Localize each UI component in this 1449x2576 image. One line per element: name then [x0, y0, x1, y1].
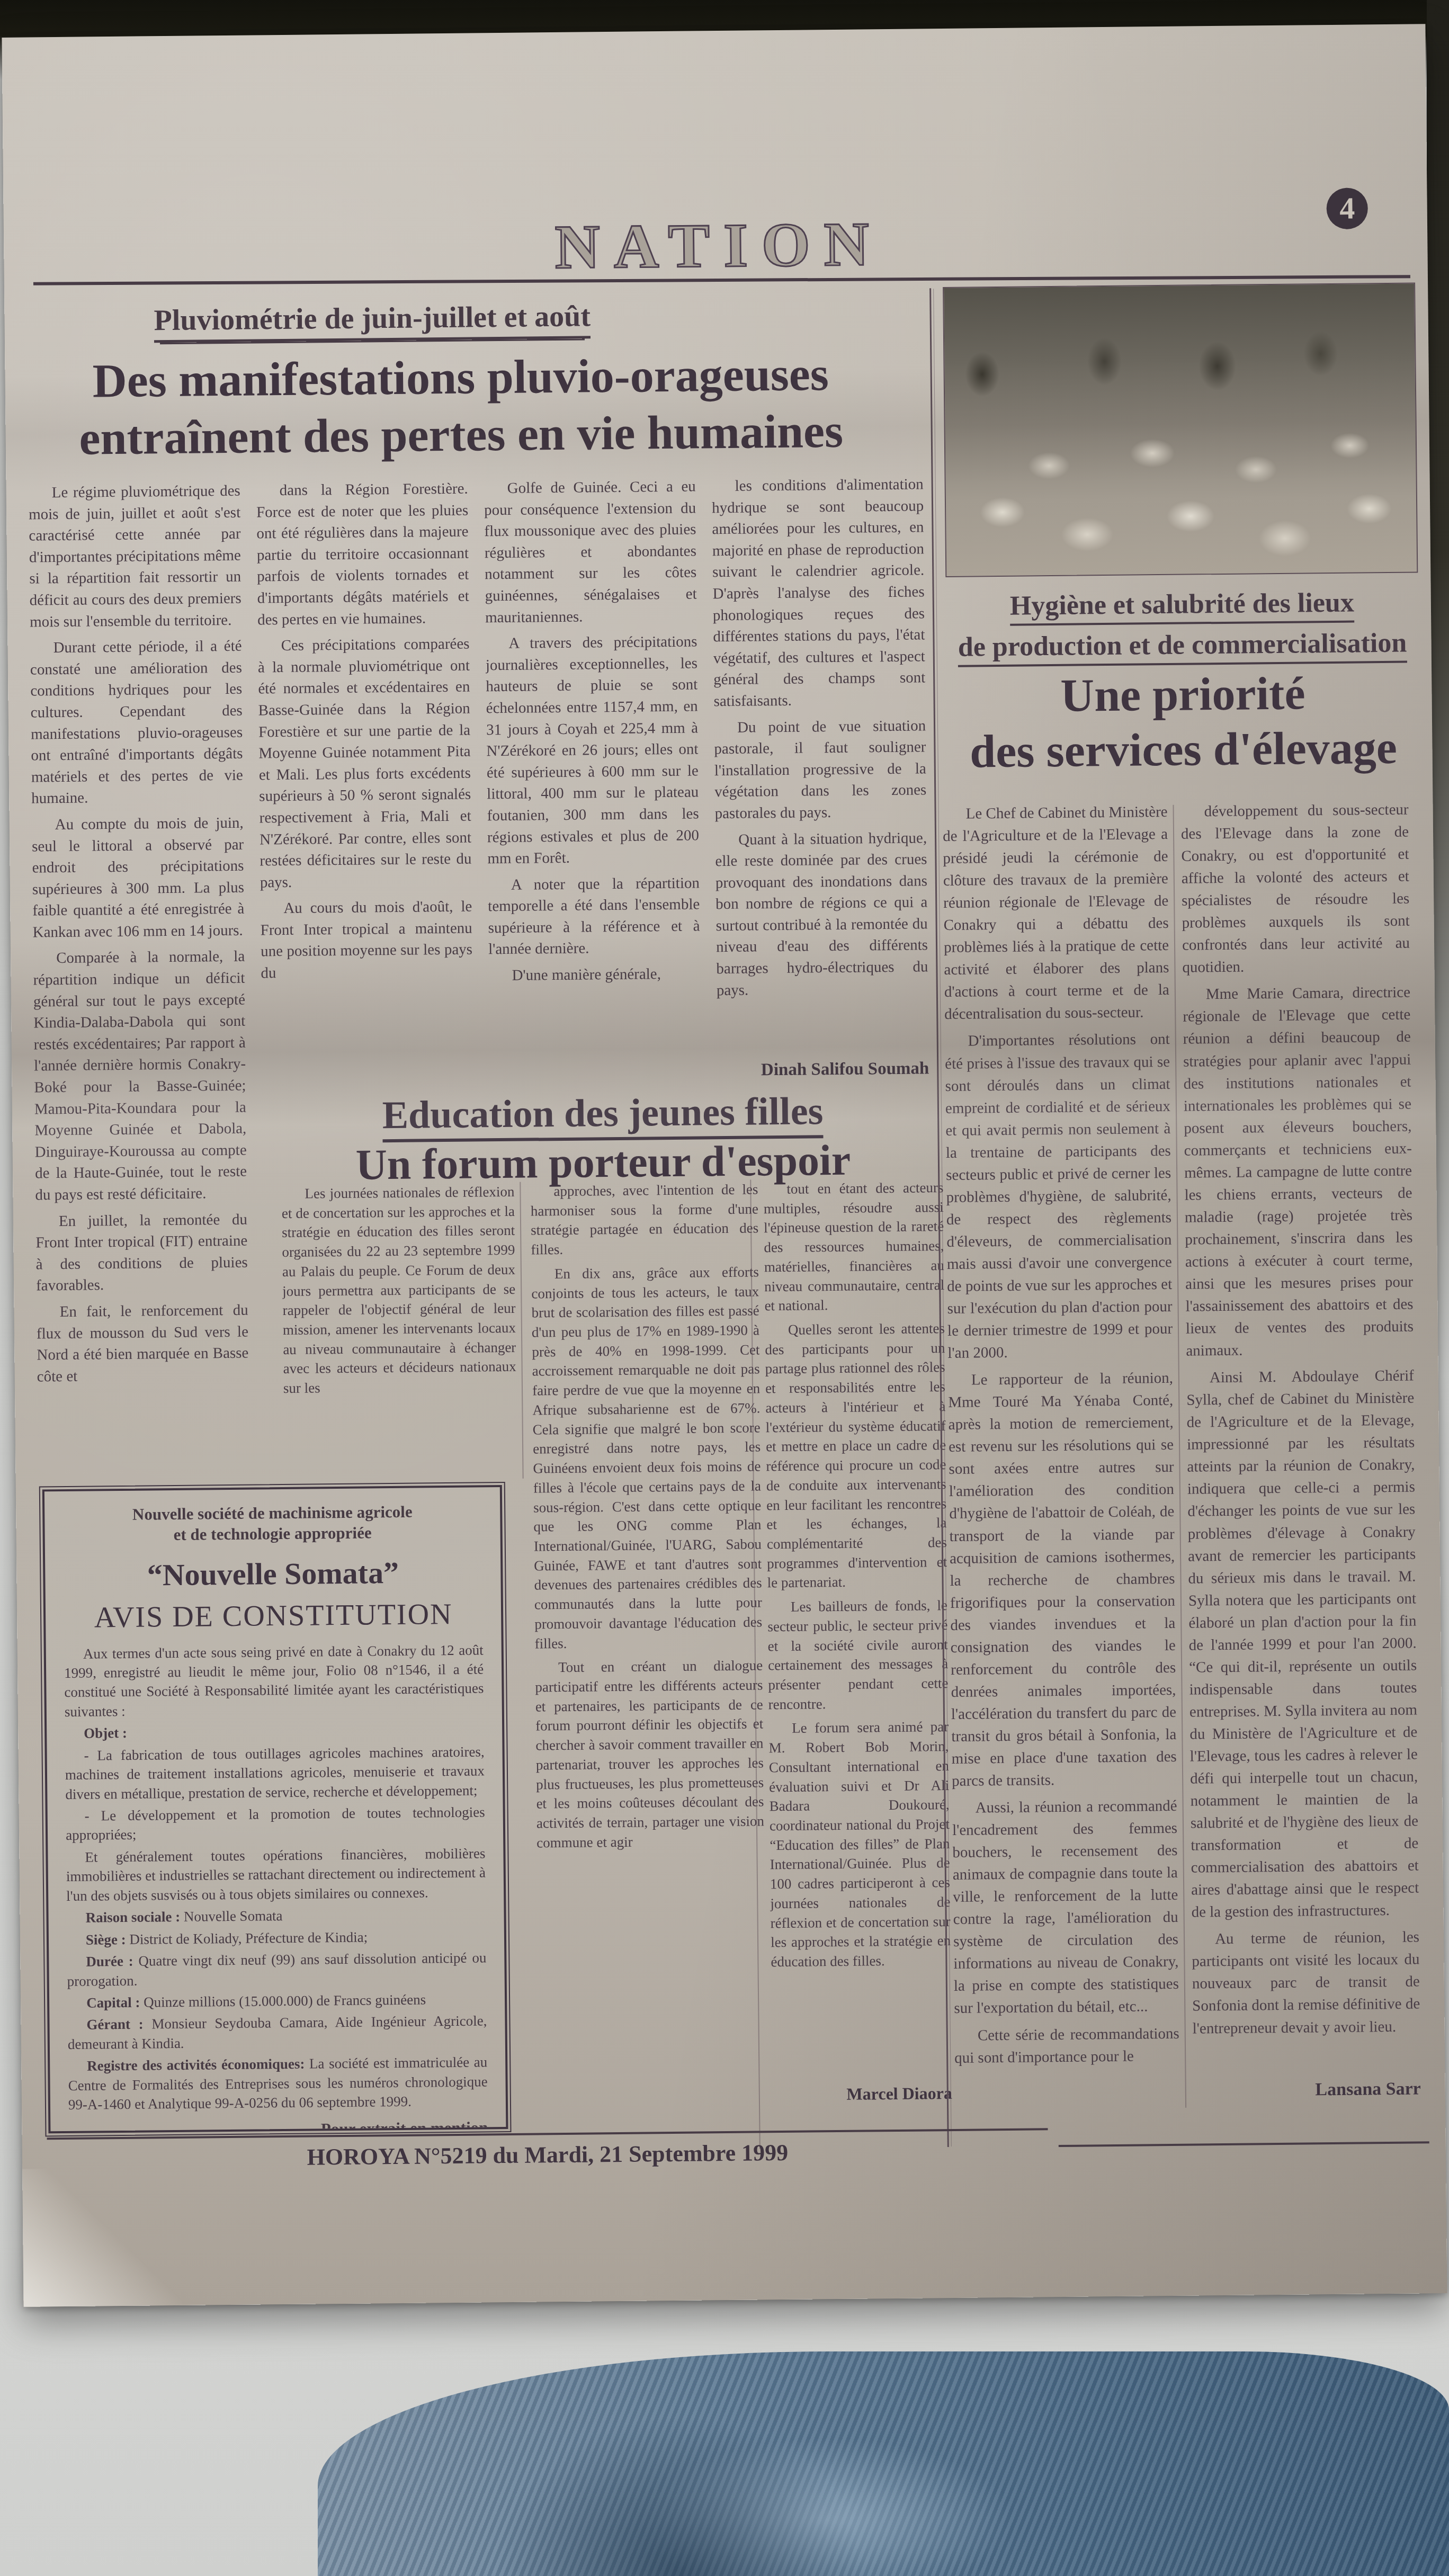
- paragraph: tout en étant des acteurs multiples, rés…: [763, 1178, 944, 1316]
- paragraph: Aussi, la réunion a recommandé l'encadre…: [952, 1795, 1179, 2020]
- notice-paragraph: Gérant : Monsieur Seydouba Camara, Aide …: [67, 2011, 487, 2054]
- paragraph: Au terme de réunion, les participants on…: [1192, 1926, 1420, 2040]
- paragraph: Cette série de recommandations qui sont …: [954, 2022, 1180, 2069]
- pluvio-column-2: dans la Région Forestière. Force est de …: [256, 478, 474, 1095]
- page-number-badge: 4: [1326, 187, 1368, 229]
- paragraph: Durant cette période, il a été constaté …: [30, 636, 243, 810]
- notice-paragraph: Durée : Quatre vingt dix neuf (99) ans s…: [67, 1948, 487, 1990]
- notice-paragraph: Capital : Quinze millions (15.000.000) d…: [67, 1989, 487, 2012]
- denim-jeans-fabric: [318, 2351, 1449, 2576]
- pluvio-column-3: Golfe de Guinée. Ceci a eu pour conséque…: [484, 476, 702, 1092]
- paragraph: Au cours du mois d'août, le Front Inter …: [260, 896, 473, 984]
- paragraph: Les bailleurs de fonds, le secteur publi…: [767, 1596, 949, 1714]
- paragraph: dans la Région Forestière. Force est de …: [256, 478, 470, 631]
- photographed-newspaper-scene: NATION 4 Pluviométrie de juin-juillet et…: [0, 0, 1449, 2576]
- notice-paragraph: - La fabrication de tous outillages agri…: [65, 1742, 485, 1804]
- paragraph: Le rapporteur de la réunion, Mme Touré M…: [948, 1367, 1177, 1792]
- paragraph: Du point de vue situation pastorale, il …: [714, 715, 927, 825]
- elevage-byline: Lansana Sarr: [1193, 2079, 1421, 2101]
- paragraph: Quant à la situation hydrique, elle rest…: [715, 827, 928, 1001]
- paragraph: Quelles seront les attentes des particip…: [765, 1319, 947, 1593]
- pluvio-byline: Dinah Salifou Soumah: [717, 1059, 929, 1080]
- education-column-divider-1: [520, 1182, 523, 1479]
- elevage-kicker-line1: Hygiène et salubrité des lieux: [1010, 587, 1355, 626]
- paragraph: Ainsi M. Abdoulaye Chérif Sylla, chef de…: [1186, 1365, 1419, 1924]
- paragraph: les conditions d'alimentation hydrique s…: [711, 473, 925, 712]
- paragraph: D'importantes résolutions ont été prises…: [945, 1028, 1173, 1364]
- legal-notice-box: Nouvelle société de machinisme agricole …: [42, 1485, 508, 2133]
- notice-title: “Nouvelle Somata”: [63, 1554, 483, 1594]
- education-column-1: Les journées nationales de réflexion et …: [281, 1182, 517, 1481]
- pluvio-headline-line2: entraînent des pertes en vie humaines: [26, 403, 896, 468]
- education-byline: Marcel Diaora: [772, 2083, 952, 2105]
- notice-paragraph: Siège : District de Koliady, Préfecture …: [67, 1926, 486, 1949]
- page-footer: HOROYA N°5219 du Mardi, 21 Septembre 199…: [47, 2136, 1048, 2173]
- paragraph: En dix ans, grâce aux efforts conjoints …: [531, 1262, 763, 1653]
- notice-body: Aux termes d'un acte sous seing privé en…: [64, 1640, 488, 2115]
- education-headline-line1: Education des jeunes filles: [266, 1088, 940, 1139]
- paragraph: En juillet, la remontée du Front Inter t…: [35, 1209, 248, 1296]
- notice-paragraph: - Le développement et la promotion de to…: [66, 1802, 486, 1845]
- elevage-column-2: développement du sous-secteur des l'Elev…: [1180, 799, 1420, 2072]
- notice-paragraph: Raison sociale : Nouvelle Somata: [66, 1904, 486, 1928]
- pluvio-kicker-text: Pluviométrie de juin-juillet et août: [154, 300, 591, 343]
- notice-paragraph: Objet :: [65, 1720, 484, 1743]
- notice-paragraph: Et généralement toutes opérations financ…: [66, 1844, 486, 1906]
- paragraph: approches, avec l'intention de les harmo…: [530, 1179, 758, 1259]
- elevage-headline-line1: Une priorité: [946, 666, 1419, 724]
- elevage-column-1: Le Chef de Cabinet du Ministère de l'Agr…: [942, 801, 1180, 2111]
- pluvio-column-4: les conditions d'alimentation hydrique s…: [711, 473, 929, 1058]
- notice-header-line2: et de technologie appropriée: [62, 1522, 482, 1546]
- corner-curl-highlight: [22, 2168, 182, 2307]
- paragraph: Mme Marie Camara, directrice régionale d…: [1183, 981, 1414, 1362]
- pluvio-headline-line1: Des manifestations pluvio-orageuses: [26, 346, 895, 410]
- education-column-3: tout en étant des acteurs multiples, rés…: [763, 1178, 952, 2080]
- paragraph: Comparée à la normale, la répartition in…: [33, 946, 247, 1206]
- pluvio-column-1: Le régime pluviométrique des mois de jui…: [29, 480, 250, 1483]
- paragraph: En fait, le renforcement du flux de mous…: [36, 1300, 249, 1388]
- paragraph: développement du sous-secteur des l'Elev…: [1180, 799, 1410, 979]
- elevage-kicker: Hygiène et salubrité des lieux de produc…: [946, 586, 1419, 673]
- paragraph: Le Chef de Cabinet du Ministère de l'Agr…: [942, 801, 1169, 1026]
- paragraph: A noter que la répartition temporelle a …: [488, 872, 701, 960]
- paragraph: Le forum sera animé par M. Robert Bob Mo…: [768, 1717, 951, 1972]
- livestock-herd-photo: [943, 282, 1418, 577]
- footer-rule-right: [1059, 2141, 1429, 2147]
- paragraph: Golfe de Guinée. Ceci a eu pour conséque…: [484, 476, 697, 628]
- pluvio-kicker: Pluviométrie de juin-juillet et août: [154, 297, 864, 337]
- education-headline-underline: Education des jeunes filles: [382, 1089, 823, 1142]
- paragraph: Tout en créant un dialogue participatif …: [535, 1656, 765, 1853]
- section-masthead: NATION: [554, 208, 883, 283]
- paragraph: Ces précipitations comparées à la normal…: [257, 633, 472, 893]
- elevage-kicker-line2: de production et de commercialisation: [958, 628, 1407, 667]
- paragraph: D'une manière générale,: [488, 963, 700, 986]
- notice-subtitle: AVIS DE CONSTITUTION: [64, 1597, 484, 1635]
- paragraph: Le régime pluviométrique des mois de jui…: [29, 480, 242, 633]
- education-column-2: approches, avec l'intention de les harmo…: [530, 1179, 767, 2124]
- notice-paragraph: Registre des activités économiques: La s…: [68, 2053, 488, 2115]
- notice-paragraph: Aux termes d'un acte sous seing privé en…: [64, 1640, 484, 1721]
- elevage-headline-line2: des services d'élevage: [947, 721, 1420, 779]
- paragraph: Au compte du mois de juin, seul le litto…: [32, 812, 245, 943]
- paragraph: A travers des précipitations journalière…: [485, 631, 699, 870]
- paragraph: Les journées nationales de réflexion et …: [281, 1182, 516, 1398]
- newspaper-sheet: NATION 4 Pluviométrie de juin-juillet et…: [2, 24, 1447, 2307]
- notice-signature-line1: Pour extrait en mention: [68, 2118, 488, 2133]
